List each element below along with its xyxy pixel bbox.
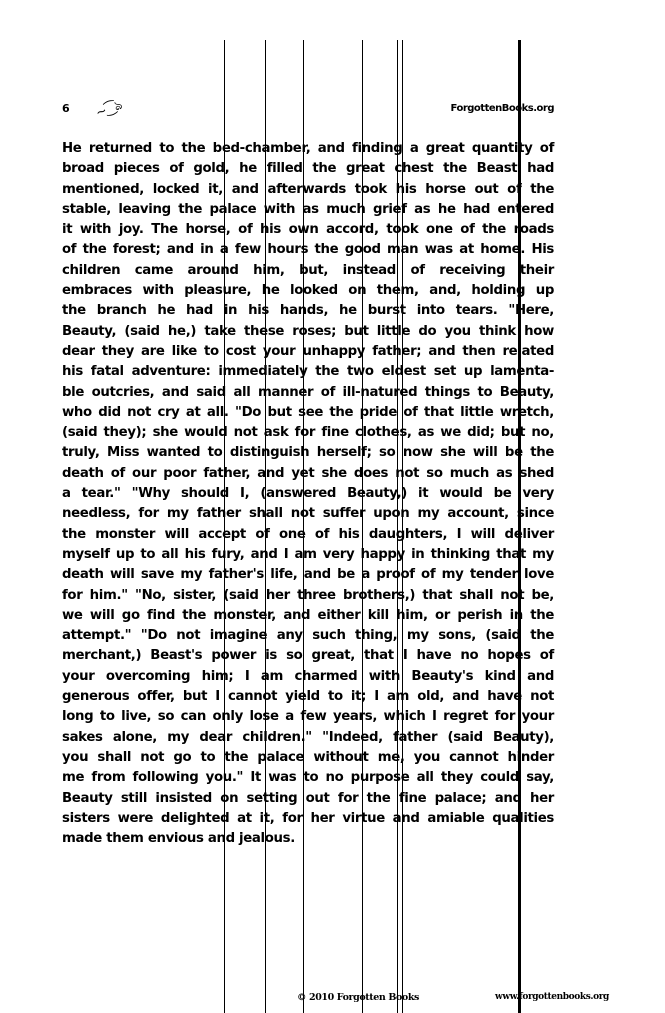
text-line: of the forest; and in a few hours the go…: [62, 240, 554, 260]
footer-url: www.forgottenbooks.org: [495, 992, 609, 1002]
overlay-vertical-line: [224, 40, 225, 1013]
overlay-vertical-line: [397, 40, 398, 1013]
overlay-vertical-line: [518, 40, 521, 1013]
text-line: generous offer, but I cannot yield to it…: [62, 687, 554, 707]
text-line: merchant,) Beast's power is so great, th…: [62, 646, 554, 666]
text-line: stable, leaving the palace with as much …: [62, 200, 554, 220]
text-line: Beauty still insisted on setting out for…: [62, 789, 554, 809]
text-line: sisters were delighted at it, for her vi…: [62, 809, 554, 829]
text-line: broad pieces of gold, he filled the grea…: [62, 159, 554, 179]
text-line: his fatal adventure: immediately the two…: [62, 362, 554, 382]
text-line: your overcoming him; I am charmed with B…: [62, 667, 554, 687]
text-line: made them envious and jealous.: [62, 829, 554, 849]
text-line: me from following you." It was to no pur…: [62, 768, 554, 788]
overlay-vertical-line: [265, 40, 266, 1013]
text-line: death will save my father's life, and be…: [62, 565, 554, 585]
overlay-vertical-line: [402, 40, 403, 1013]
text-line: a tear." "Why should I, (answered Beauty…: [62, 484, 554, 504]
overlay-vertical-line: [303, 40, 304, 1013]
footer-copyright: © 2010 Forgotten Books: [297, 992, 419, 1003]
text-line: ble outcries, and said all manner of ill…: [62, 383, 554, 403]
scroll-ornament-icon: ~⁐ঌ: [93, 96, 125, 125]
site-label: ForgottenBooks.org: [451, 103, 554, 114]
text-line: He returned to the bed-chamber, and find…: [62, 139, 554, 159]
text-line: needless, for my father shall not suffer…: [62, 504, 554, 524]
page-body-text: He returned to the bed-chamber, and find…: [62, 139, 554, 849]
text-line: attempt." "Do not imagine any such thing…: [62, 626, 554, 646]
text-line: for him." "No, sister, (said her three b…: [62, 586, 554, 606]
text-line: (said they); she would not ask for fine …: [62, 423, 554, 443]
text-line: death of our poor father, and yet she do…: [62, 464, 554, 484]
overlay-vertical-line: [362, 40, 363, 1013]
page-number: 6: [62, 102, 70, 115]
text-line: you shall not go to the palace without m…: [62, 748, 554, 768]
text-line: Beauty, (said he,) take these roses; but…: [62, 322, 554, 342]
text-line: we will go find the monster, and either …: [62, 606, 554, 626]
book-page: 6 ~⁐ঌ ForgottenBooks.org He returned to …: [0, 0, 665, 1013]
text-line: who did not cry at all. "Do but see the …: [62, 403, 554, 423]
text-line: truly, Miss wanted to distinguish hersel…: [62, 443, 554, 463]
page-header: 6 ~⁐ঌ ForgottenBooks.org: [62, 102, 554, 120]
text-line: the branch he had in his hands, he burst…: [62, 301, 554, 321]
text-line: myself up to all his fury, and I am very…: [62, 545, 554, 565]
text-line: children came around him, but, instead o…: [62, 261, 554, 281]
text-line: embraces with pleasure, he looked on the…: [62, 281, 554, 301]
text-line: the monster will accept of one of his da…: [62, 525, 554, 545]
text-line: long to live, so can only lose a few yea…: [62, 707, 554, 727]
text-line: mentioned, locked it, and afterwards too…: [62, 180, 554, 200]
text-line: sakes alone, my dear children." "Indeed,…: [62, 728, 554, 748]
text-line: it with joy. The horse, of his own accor…: [62, 220, 554, 240]
text-line: dear they are like to cost your unhappy …: [62, 342, 554, 362]
